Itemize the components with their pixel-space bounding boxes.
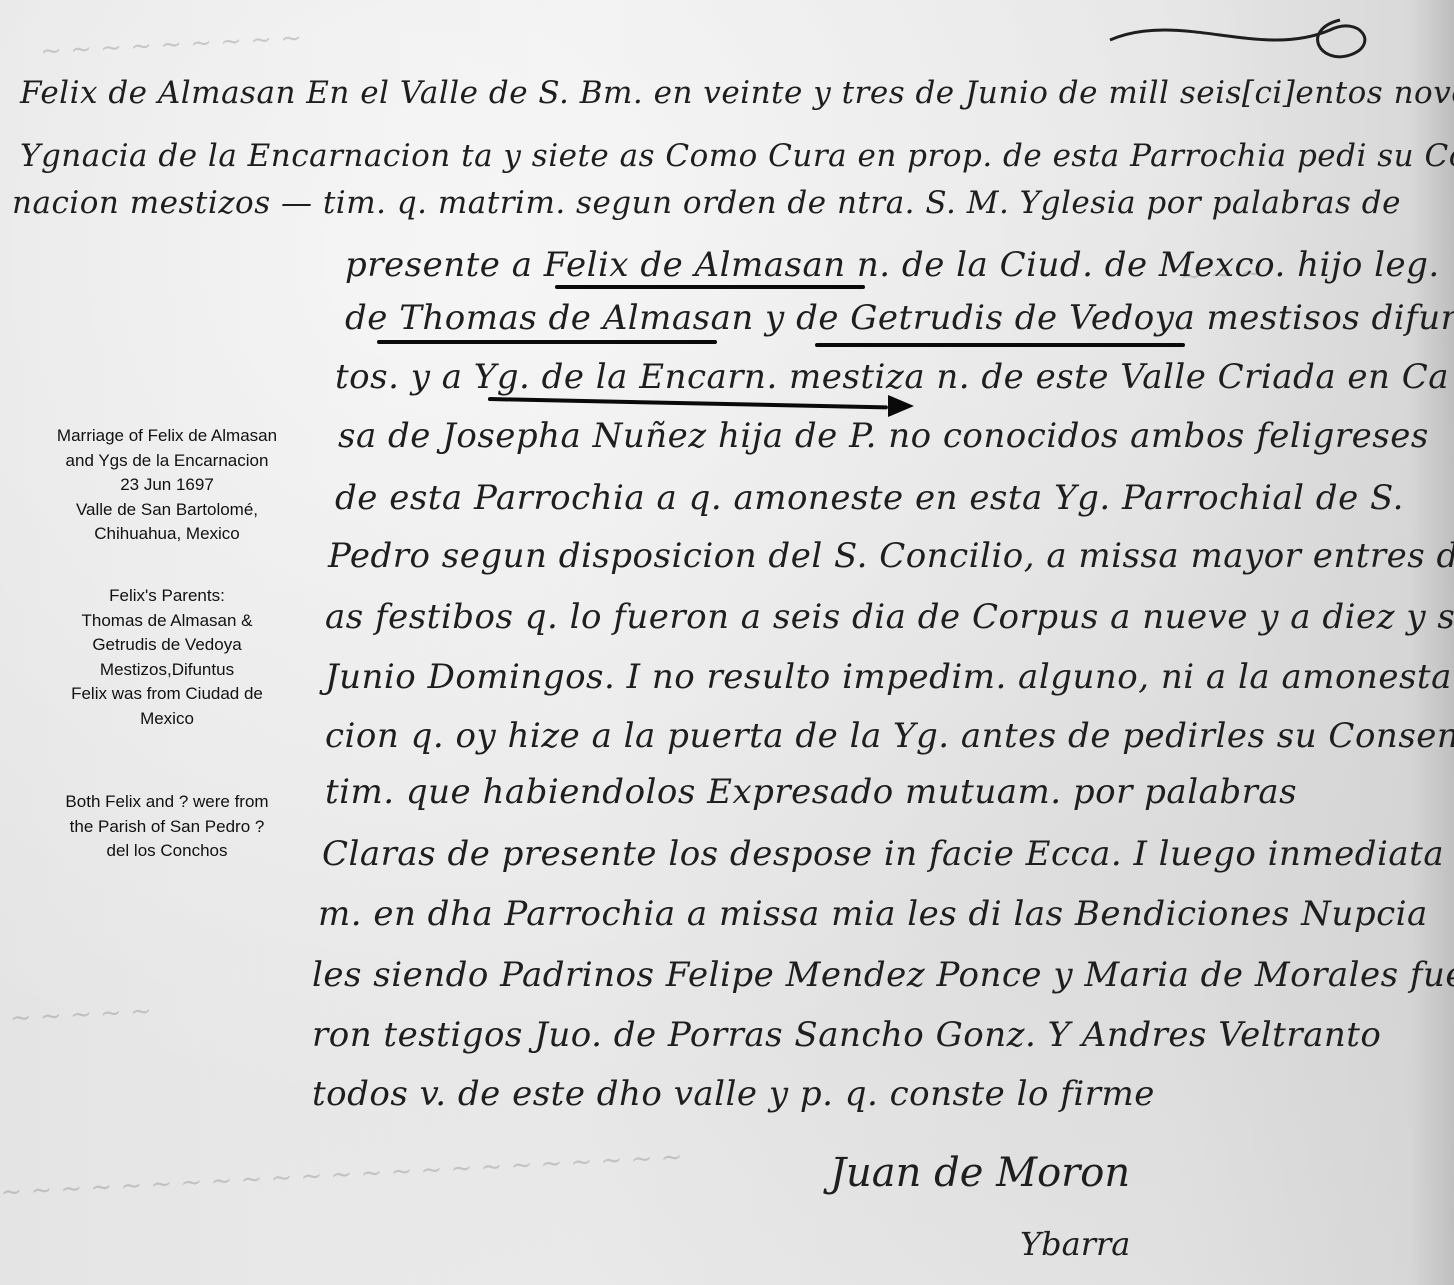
manuscript-line: nacion mestizos — tim. q. matrim. segun …	[12, 185, 1401, 221]
manuscript-line: presente a Felix de Almasan n. de la Ciu…	[345, 245, 1440, 285]
annotation-line: the Parish of San Pedro ?	[22, 815, 312, 840]
arrow-head-icon	[888, 395, 914, 417]
manuscript-line: de esta Parrochia a q. amoneste en esta …	[335, 478, 1404, 518]
manuscript-line: Felix de Almasan En el Valle de S. Bm. e…	[20, 75, 1454, 111]
manuscript-line: de Thomas de Almasan y de Getrudis de Ve…	[345, 298, 1454, 338]
annotation-parish-info: Both Felix and ? were from the Parish of…	[22, 790, 312, 864]
underline-getrudis-de-vedoya	[815, 343, 1185, 347]
priest-signature: Juan de Moron	[830, 1150, 1130, 1196]
manuscript-line: as festibos q. lo fueron a seis dia de C…	[325, 597, 1454, 637]
annotation-line: Getrudis de Vedoya	[22, 633, 312, 658]
manuscript-line: cion q. oy hize a la puerta de la Yg. an…	[325, 716, 1454, 756]
manuscript-line: sa de Josepha Nuñez hija de P. no conoci…	[338, 416, 1429, 456]
manuscript-line: tim. que habiendolos Expresado mutuam. p…	[325, 772, 1297, 812]
annotation-line: Thomas de Almasan &	[22, 609, 312, 634]
second-signature: Ybarra	[1020, 1225, 1130, 1263]
manuscript-line: Pedro segun disposicion del S. Concilio,…	[328, 536, 1454, 576]
annotation-line: 23 Jun 1697	[22, 473, 312, 498]
annotation-line: Marriage of Felix de Almasan	[22, 424, 312, 449]
manuscript-line: Junio Domingos. I no resulto impedim. al…	[325, 657, 1452, 697]
annotation-line: del los Conchos	[22, 839, 312, 864]
annotation-line: Felix's Parents:	[22, 584, 312, 609]
manuscript-line: m. en dha Parrochia a missa mia les di l…	[318, 894, 1428, 934]
manuscript-line: ron testigos Juo. de Porras Sancho Gonz.…	[312, 1015, 1381, 1055]
manuscript-line: todos v. de este dho valle y p. q. const…	[312, 1074, 1155, 1114]
manuscript-line: Claras de presente los despose in facie …	[322, 834, 1444, 874]
underline-felix-de-almasan	[555, 285, 865, 289]
manuscript-line: tos. y a Yg. de la Encarn. mestiza n. de…	[335, 357, 1449, 397]
annotation-parents-info: Felix's Parents: Thomas de Almasan & Get…	[22, 584, 312, 731]
annotation-marriage-info: Marriage of Felix de Almasan and Ygs de …	[22, 424, 312, 547]
manuscript-line: les siendo Padrinos Felipe Mendez Ponce …	[312, 955, 1454, 995]
annotation-line: Both Felix and ? were from	[22, 790, 312, 815]
annotation-line: Mestizos,Difuntus	[22, 658, 312, 683]
annotation-line: Felix was from Ciudad de	[22, 682, 312, 707]
annotation-line: Valle de San Bartolomé,	[22, 498, 312, 523]
manuscript-line: Ygnacia de la Encarnacion ta y siete as …	[20, 138, 1454, 174]
annotation-line: and Ygs de la Encarnacion	[22, 449, 312, 474]
annotation-line: Chihuahua, Mexico	[22, 522, 312, 547]
annotation-line: Mexico	[22, 707, 312, 732]
underline-thomas-de-almasan	[377, 340, 717, 344]
flourish-icon	[1100, 0, 1400, 70]
